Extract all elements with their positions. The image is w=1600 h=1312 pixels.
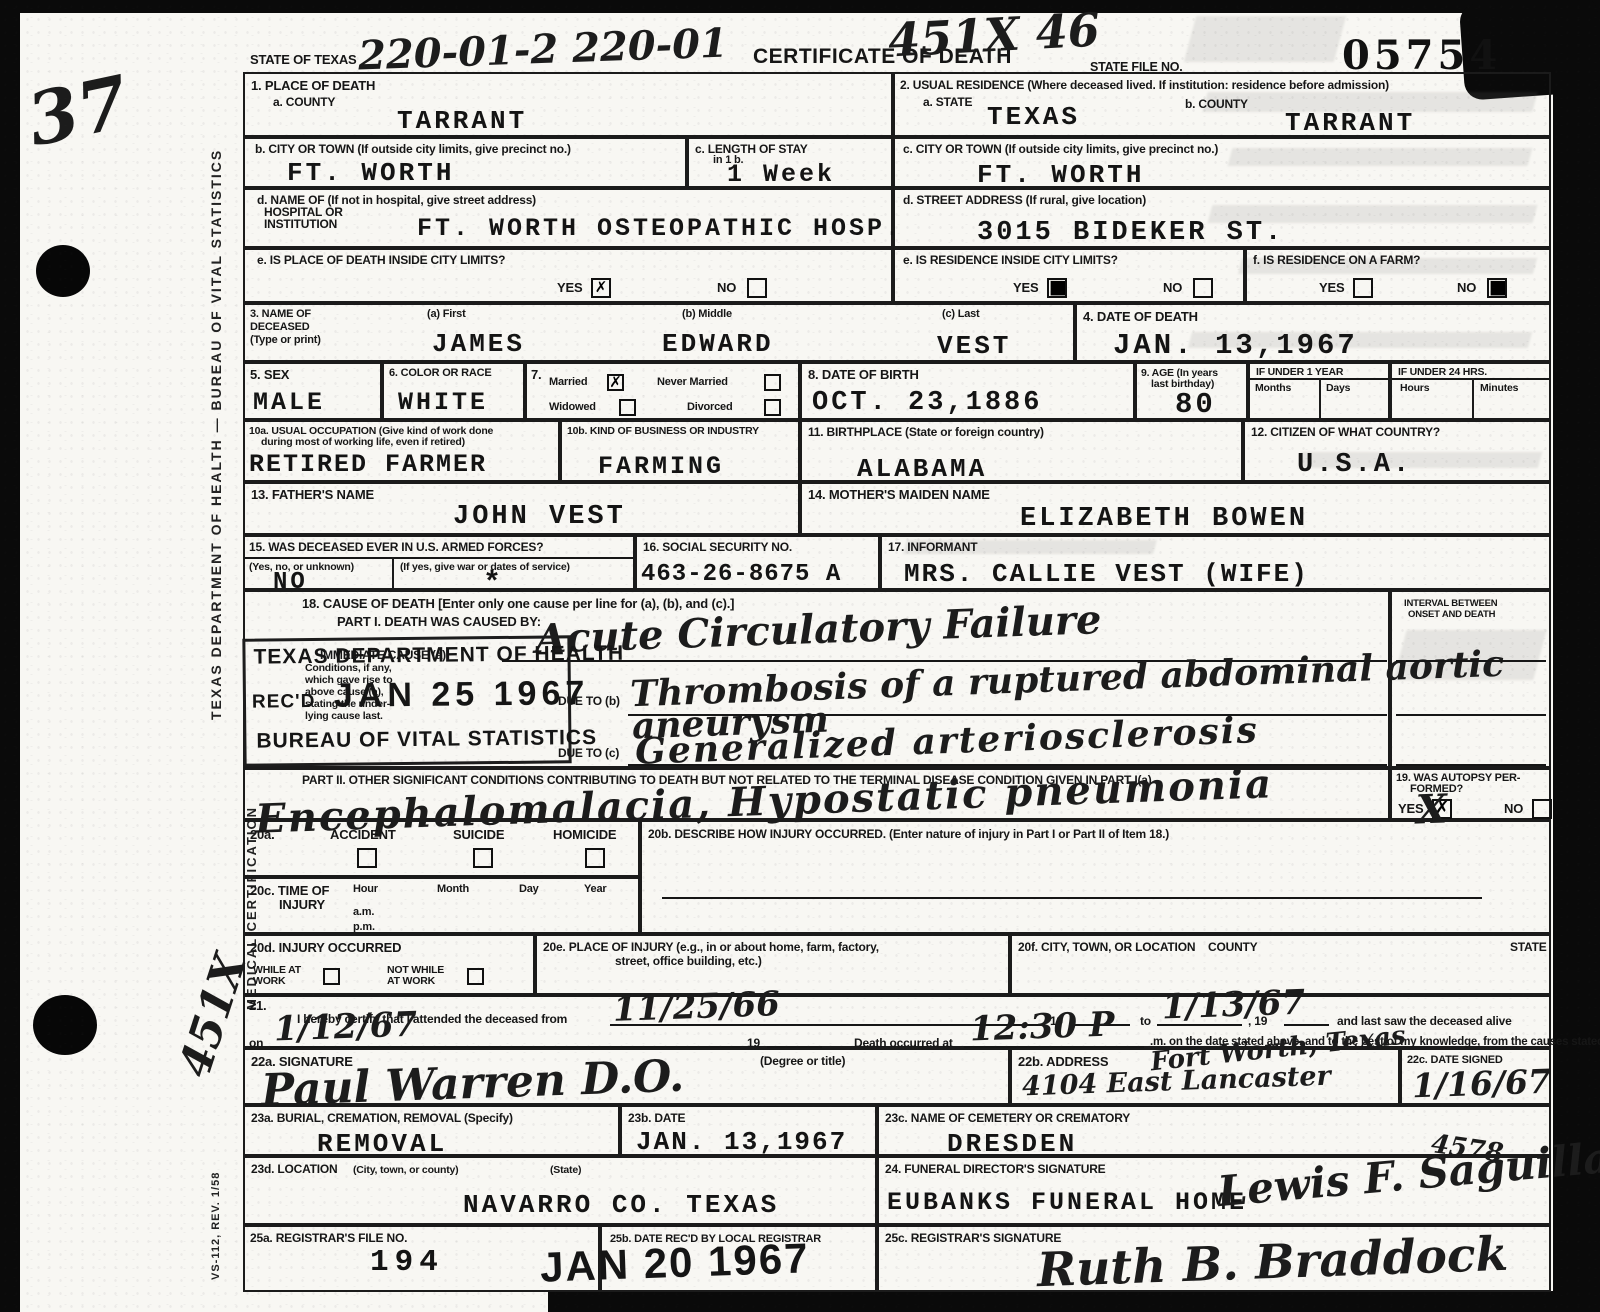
label-2b: b. COUNTY [1185, 97, 1248, 111]
value-10b-industry: FARMING [598, 452, 724, 481]
handwritten-registration-code: 220-01-2 220-01 [357, 20, 728, 80]
smudge [1184, 16, 1346, 62]
value-1c-stay: 1 Week [727, 160, 835, 189]
label-2a: a. STATE [923, 95, 972, 109]
divider [392, 557, 394, 590]
box-20b-describe-injury: 20b. DESCRIBE HOW INJURY OCCURRED. (Ente… [640, 820, 1551, 934]
label-7: 7. [531, 367, 541, 382]
writing-line [1284, 1024, 1329, 1026]
label-10a-2: during most of working life, even if ret… [261, 436, 465, 448]
box-2c-city: c. CITY OR TOWN (If outside city limits,… [893, 137, 1551, 188]
label-3-middle: (b) Middle [682, 308, 732, 320]
checkbox-2f-no: ■ [1487, 278, 1507, 298]
margin-form-code: VS-112, REV. 1/58 [210, 1145, 222, 1280]
stamp-recd: REC'D [252, 691, 316, 714]
checkbox-20a-suicide [473, 848, 493, 868]
interval-line-a [1396, 660, 1546, 662]
value-25a-file-no: 194 [370, 1245, 444, 1280]
box-20d-injury-occurred: 20d. INJURY OCCURRED WHILE AT WORK NOT W… [243, 934, 535, 995]
box-22b-address: 22b. ADDRESS Fort Worth, Texas 4104 East… [1010, 1048, 1400, 1105]
checkbox-7-widowed [619, 399, 636, 416]
label-20c-1: 20c. TIME OF [250, 883, 329, 898]
checkbox-20d-notwhile [467, 968, 484, 985]
writing-line [1157, 1024, 1242, 1026]
label-3-first: (a) First [427, 308, 466, 320]
label-14: 14. MOTHER'S MAIDEN NAME [808, 487, 990, 502]
box-4-date-of-death: 4. DATE OF DEATH JAN. 13,1967 [1075, 303, 1551, 362]
label-18-part1: PART I. DEATH WAS CAUSED BY: [337, 614, 541, 629]
label-21: 21. [249, 998, 266, 1013]
value-17-informant: MRS. CALLIE VEST (WIFE) [904, 559, 1309, 589]
label-20d-while-2: WORK [253, 975, 285, 987]
box-9-age: 9. AGE (In years last birthday) 80 [1135, 362, 1248, 420]
box-25b-date-received: 25b. DATE REC'D BY LOCAL REGISTRAR JAN 2… [600, 1225, 877, 1292]
box-6-race: 6. COLOR OR RACE WHITE [382, 362, 525, 420]
label-1e-yes: YES [557, 280, 582, 295]
checkbox-1e-no [747, 278, 767, 298]
handwritten-to-date: 1/13/67 [1161, 983, 1305, 1028]
label-20c-pm: p.m. [353, 921, 375, 933]
label-1c: c. LENGTH OF STAY [695, 142, 808, 156]
margin-left-vertical-text: TEXAS DEPARTMENT OF HEALTH — BUREAU OF V… [208, 95, 224, 720]
box-1d-hospital: d. NAME OF (If not in hospital, give str… [243, 188, 893, 248]
divider [1392, 378, 1549, 380]
box-23d-location: 23d. LOCATION (City, town, or county) (S… [243, 1156, 877, 1225]
value-1d-hospital: FT. WORTH OSTEOPATHIC HOSP. [417, 214, 903, 243]
label-20e-2: street, office building, etc.) [615, 954, 762, 968]
stamp-line1: TEXAS DEPARTMENT OF HEALTH [253, 642, 624, 670]
box-9-under-1-year: IF UNDER 1 YEAR Months Days [1248, 362, 1390, 420]
box-11-birthplace: 11. BIRTHPLACE (State or foreign country… [800, 420, 1243, 482]
label-2c: c. CITY OR TOWN (If outside city limits,… [903, 142, 1218, 156]
header-state-label: STATE OF TEXAS [250, 52, 357, 67]
value-2a-state: TEXAS [987, 102, 1080, 132]
box-25c-registrar-signature: 25c. REGISTRAR'S SIGNATURE Ruth B. Bradd… [877, 1225, 1551, 1292]
label-minutes: Minutes [1480, 382, 1518, 394]
box-22a-signature: 22a. SIGNATURE (Degree or title) Paul Wa… [243, 1048, 1010, 1105]
label-19-no: NO [1504, 801, 1523, 816]
box-1-place-of-death: 1. PLACE OF DEATH a. COUNTY TARRANT [243, 72, 893, 137]
divider [1319, 378, 1321, 420]
value-14-mother: ELIZABETH BOWEN [1020, 504, 1308, 534]
label-23d-sub2: (State) [550, 1164, 581, 1176]
label-8: 8. DATE OF BIRTH [808, 367, 919, 382]
label-25c: 25c. REGISTRAR'S SIGNATURE [885, 1231, 1061, 1245]
handwritten-registrar-signature: Ruth B. Braddock [1036, 1227, 1509, 1298]
label-20d-notwhile-2: AT WORK [387, 975, 435, 987]
label-17: 17. INFORMANT [888, 540, 977, 554]
label-2f-yes: YES [1319, 280, 1344, 295]
label-2e-yes: YES [1013, 280, 1038, 295]
death-certificate-scan: 37 TEXAS DEPARTMENT OF HEALTH — BUREAU O… [0, 0, 1600, 1312]
box-9-under-24-hrs: IF UNDER 24 HRS. Hours Minutes [1390, 362, 1551, 420]
stamp-date: JAN 25 1967 [334, 674, 590, 716]
value-2b-county: TARRANT [1285, 108, 1415, 138]
value-3-last: VEST [937, 331, 1011, 361]
handwritten-death-time: 12:30 P [969, 1004, 1115, 1049]
label-7-married: Married [549, 376, 587, 388]
label-interval-1: INTERVAL BETWEEN [1404, 598, 1497, 609]
label-2: 2. USUAL RESIDENCE (Where deceased lived… [900, 78, 1389, 92]
checkbox-7-married: ✗ [607, 374, 624, 391]
value-1a-county: TARRANT [397, 106, 527, 136]
label-23c: 23c. NAME OF CEMETERY OR CREMATORY [885, 1111, 1130, 1125]
box-10a-occupation: 10a. USUAL OCCUPATION (Give kind of work… [243, 420, 560, 482]
label-23d-sub1: (City, town, or county) [353, 1164, 458, 1176]
value-23c-cemetery: DRESDEN [947, 1129, 1077, 1159]
label-20f-state: STATE [1510, 940, 1547, 954]
label-20a-suicide: SUICIDE [453, 827, 504, 842]
label-3-2: DECEASED [250, 321, 310, 333]
value-1b-city: FT. WORTH [287, 158, 454, 188]
label-11: 11. BIRTHPLACE (State or foreign country… [808, 425, 1044, 439]
label-20e-1: 20e. PLACE OF INJURY (e.g., in or about … [543, 940, 879, 954]
checkbox-7-divorced [764, 399, 781, 416]
label-4: 4. DATE OF DEATH [1083, 309, 1198, 324]
box-1c-length-of-stay: c. LENGTH OF STAY in 1 b. 1 Week [687, 137, 893, 188]
box-23a-burial: 23a. BURIAL, CREMATION, REMOVAL (Specify… [243, 1105, 620, 1156]
box-10b-industry: 10b. KIND OF BUSINESS OR INDUSTRY FARMIN… [560, 420, 800, 482]
value-6-race: WHITE [398, 388, 488, 417]
label-2f-no: NO [1457, 280, 1476, 295]
label-2e: e. IS RESIDENCE INSIDE CITY LIMITS? [903, 253, 1118, 267]
checkbox-19-no [1532, 799, 1552, 819]
health-dept-received-stamp: TEXAS DEPARTMENT OF HEALTH REC'D JAN 25 … [242, 635, 571, 766]
label-20c-day: Day [519, 883, 539, 895]
label-12: 12. CITIZEN OF WHAT COUNTRY? [1251, 425, 1440, 439]
label-6: 6. COLOR OR RACE [389, 367, 492, 379]
label-1a: a. COUNTY [273, 95, 335, 109]
value-11-birthplace: ALABAMA [857, 454, 987, 484]
label-20c-am: a.m. [353, 906, 374, 918]
scan-edge-top [0, 0, 1600, 13]
hole-punch-top [36, 245, 90, 297]
label-18: 18. CAUSE OF DEATH [Enter only one cause… [302, 596, 734, 611]
label-10b: 10b. KIND OF BUSINESS OR INDUSTRY [567, 425, 759, 437]
box-5-sex: 5. SEX MALE [243, 362, 382, 420]
box-24-funeral-director: 24. FUNERAL DIRECTOR'S SIGNATURE EUBANKS… [877, 1156, 1551, 1225]
label-20d: 20d. INJURY OCCURRED [250, 940, 401, 955]
label-20f: 20f. CITY, TOWN, OR LOCATION [1018, 940, 1195, 954]
label-5: 5. SEX [250, 367, 289, 382]
box-18-interval: INTERVAL BETWEEN ONSET AND DEATH [1390, 590, 1551, 768]
label-2f: f. IS RESIDENCE ON A FARM? [1253, 253, 1420, 267]
label-20a-homicide: HOMICIDE [553, 827, 616, 842]
box-18-part2: PART II. OTHER SIGNIFICANT CONDITIONS CO… [243, 768, 1390, 820]
value-12-citizen: U.S.A. [1297, 450, 1412, 480]
label-3-1: 3. NAME OF [250, 308, 311, 320]
box-20a-manner: 20a. ACCIDENT SUICIDE HOMICIDE [243, 820, 640, 877]
label-20c-2: INJURY [279, 897, 325, 912]
checkbox-20a-accident [357, 848, 377, 868]
box-2f-farm: f. IS RESIDENCE ON A FARM? YES NO ■ [1245, 248, 1551, 303]
label-22a-degree: (Degree or title) [760, 1054, 845, 1068]
cert-year2: , 19 [1248, 1014, 1267, 1028]
box-2d-street: d. STREET ADDRESS (If rural, give locati… [893, 188, 1551, 248]
box-19-autopsy: 19. WAS AUTOPSY PER- FORMED? YES ✗ X NO [1390, 768, 1551, 820]
box-20c-time-of-injury: 20c. TIME OF INJURY Hour Month Day Year … [243, 877, 640, 934]
value-3-first: JAMES [432, 329, 525, 359]
label-months: Months [1255, 382, 1291, 394]
scan-edge-left [0, 0, 20, 1312]
value-2c-city: FT. WORTH [977, 160, 1144, 190]
label-2e-no: NO [1163, 280, 1182, 295]
value-3-middle: EDWARD [662, 329, 774, 359]
checkbox-2e-yes: ■ [1047, 278, 1067, 298]
label-23d: 23d. LOCATION [251, 1162, 338, 1176]
label-20a-accident: ACCIDENT [330, 827, 396, 842]
label-interval-2: ONSET AND DEATH [1408, 609, 1495, 620]
label-3-3: (Type or print) [250, 334, 321, 346]
label-7-never-married: Never Married [657, 376, 728, 388]
label-2d: d. STREET ADDRESS (If rural, give locati… [903, 193, 1146, 207]
checkbox-2e-no [1193, 278, 1213, 298]
divider [1472, 378, 1474, 420]
interval-line-b [1396, 714, 1546, 716]
box-16-ssn: 16. SOCIAL SECURITY NO. 463-26-8675 A [635, 535, 880, 590]
value-9-age: 80 [1175, 388, 1216, 421]
label-25a: 25a. REGISTRAR'S FILE NO. [250, 1231, 407, 1245]
hole-punch-bottom [33, 995, 97, 1055]
label-under-1-year: IF UNDER 1 YEAR [1256, 366, 1343, 378]
label-24: 24. FUNERAL DIRECTOR'S SIGNATURE [885, 1162, 1105, 1176]
label-13: 13. FATHER'S NAME [251, 487, 374, 502]
label-1d-3: INSTITUTION [264, 217, 337, 231]
label-20c-year: Year [584, 883, 606, 895]
box-2e-city-limits: e. IS RESIDENCE INSIDE CITY LIMITS? YES … [893, 248, 1245, 303]
value-2d-street: 3015 BIDEKER ST. [977, 218, 1284, 248]
box-15-armed-forces: 15. WAS DECEASED EVER IN U.S. ARMED FORC… [243, 535, 635, 590]
label-1e-no: NO [717, 280, 736, 295]
value-24-funeral-home: EUBANKS FUNERAL HOME [887, 1188, 1247, 1217]
scan-edge-right [1553, 0, 1600, 1312]
cert-to: to [1140, 1014, 1151, 1028]
box-1e-city-limits: e. IS PLACE OF DEATH INSIDE CITY LIMITS?… [243, 248, 893, 303]
checkbox-1e-yes: ✗ [591, 278, 611, 298]
label-hours: Hours [1400, 382, 1429, 394]
handwritten-corner-number: 37 [20, 59, 136, 163]
box-7-marital-status: 7. Married ✗ Never Married Widowed Divor… [525, 362, 800, 420]
label-1b: b. CITY OR TOWN (If outside city limits,… [255, 142, 571, 156]
box-17-informant: 17. INFORMANT MRS. CALLIE VEST (WIFE) [880, 535, 1551, 590]
label-23a: 23a. BURIAL, CREMATION, REMOVAL (Specify… [251, 1111, 513, 1125]
label-16: 16. SOCIAL SECURITY NO. [643, 540, 792, 554]
value-23d-location: NAVARRO CO. TEXAS [463, 1190, 779, 1220]
checkbox-20a-homicide [585, 848, 605, 868]
value-10a-occupation: RETIRED FARMER [249, 450, 487, 479]
box-1b-city: b. CITY OR TOWN (If outside city limits,… [243, 137, 687, 188]
label-20c-month: Month [437, 883, 469, 895]
label-1e: e. IS PLACE OF DEATH INSIDE CITY LIMITS? [257, 253, 505, 267]
handwritten-alive-date: 1/12/67 [273, 1005, 417, 1050]
checkbox-7-never-married [764, 374, 781, 391]
label-under-24-hrs: IF UNDER 24 HRS. [1398, 366, 1487, 378]
divider [245, 557, 633, 559]
label-7-widowed: Widowed [549, 401, 596, 413]
handwritten-file-code: 451X 46 [887, 2, 1101, 67]
checkbox-2f-yes [1353, 278, 1373, 298]
label-7-divorced: Divorced [687, 401, 732, 413]
value-23b-date: JAN. 13,1967 [636, 1127, 847, 1157]
label-20b: 20b. DESCRIBE HOW INJURY OCCURRED. (Ente… [648, 827, 1169, 841]
value-8-dob: OCT. 23,1886 [812, 388, 1042, 418]
label-20a: 20a. [250, 827, 275, 842]
label-1: 1. PLACE OF DEATH [251, 78, 375, 93]
label-22b: 22b. ADDRESS [1018, 1054, 1108, 1069]
box-13-father: 13. FATHER'S NAME JOHN VEST [243, 482, 800, 535]
label-15: 15. WAS DECEASED EVER IN U.S. ARMED FORC… [249, 540, 543, 554]
stamp-line2: BUREAU OF VITAL STATISTICS [256, 726, 597, 754]
checkbox-20d-while [323, 968, 340, 985]
box-12-citizen: 12. CITIZEN OF WHAT COUNTRY? U.S.A. [1243, 420, 1551, 482]
label-23b: 23b. DATE [628, 1111, 685, 1125]
box-14-mother: 14. MOTHER'S MAIDEN NAME ELIZABETH BOWEN [800, 482, 1551, 535]
label-20f-county: COUNTY [1208, 940, 1257, 954]
value-16-ssn: 463-26-8675 A [641, 561, 841, 588]
box-8-date-of-birth: 8. DATE OF BIRTH OCT. 23,1886 [800, 362, 1135, 420]
box-2-usual-residence: 2. USUAL RESIDENCE (Where deceased lived… [893, 72, 1551, 137]
stamp-25b-date: JAN 20 1967 [539, 1234, 810, 1291]
box-23b-date: 23b. DATE JAN. 13,1967 [620, 1105, 877, 1156]
handwritten-date-signed: 1/16/67 [1411, 1062, 1551, 1106]
value-4-dod: JAN. 13,1967 [1113, 329, 1358, 362]
value-13-father: JOHN VEST [453, 502, 626, 532]
interval-line-c [1396, 764, 1546, 766]
label-20c-hour: Hour [353, 883, 378, 895]
label-days: Days [1326, 382, 1350, 394]
value-23a-burial: REMOVAL [317, 1129, 447, 1159]
box-3-name-of-deceased: 3. NAME OF DECEASED (Type or print) (a) … [243, 303, 1075, 362]
writing-line-20b [662, 897, 1482, 899]
value-5-sex: MALE [253, 388, 325, 417]
box-22c-date-signed: 22c. DATE SIGNED 1/16/67 [1400, 1048, 1551, 1105]
label-3-last: (c) Last [942, 308, 980, 320]
